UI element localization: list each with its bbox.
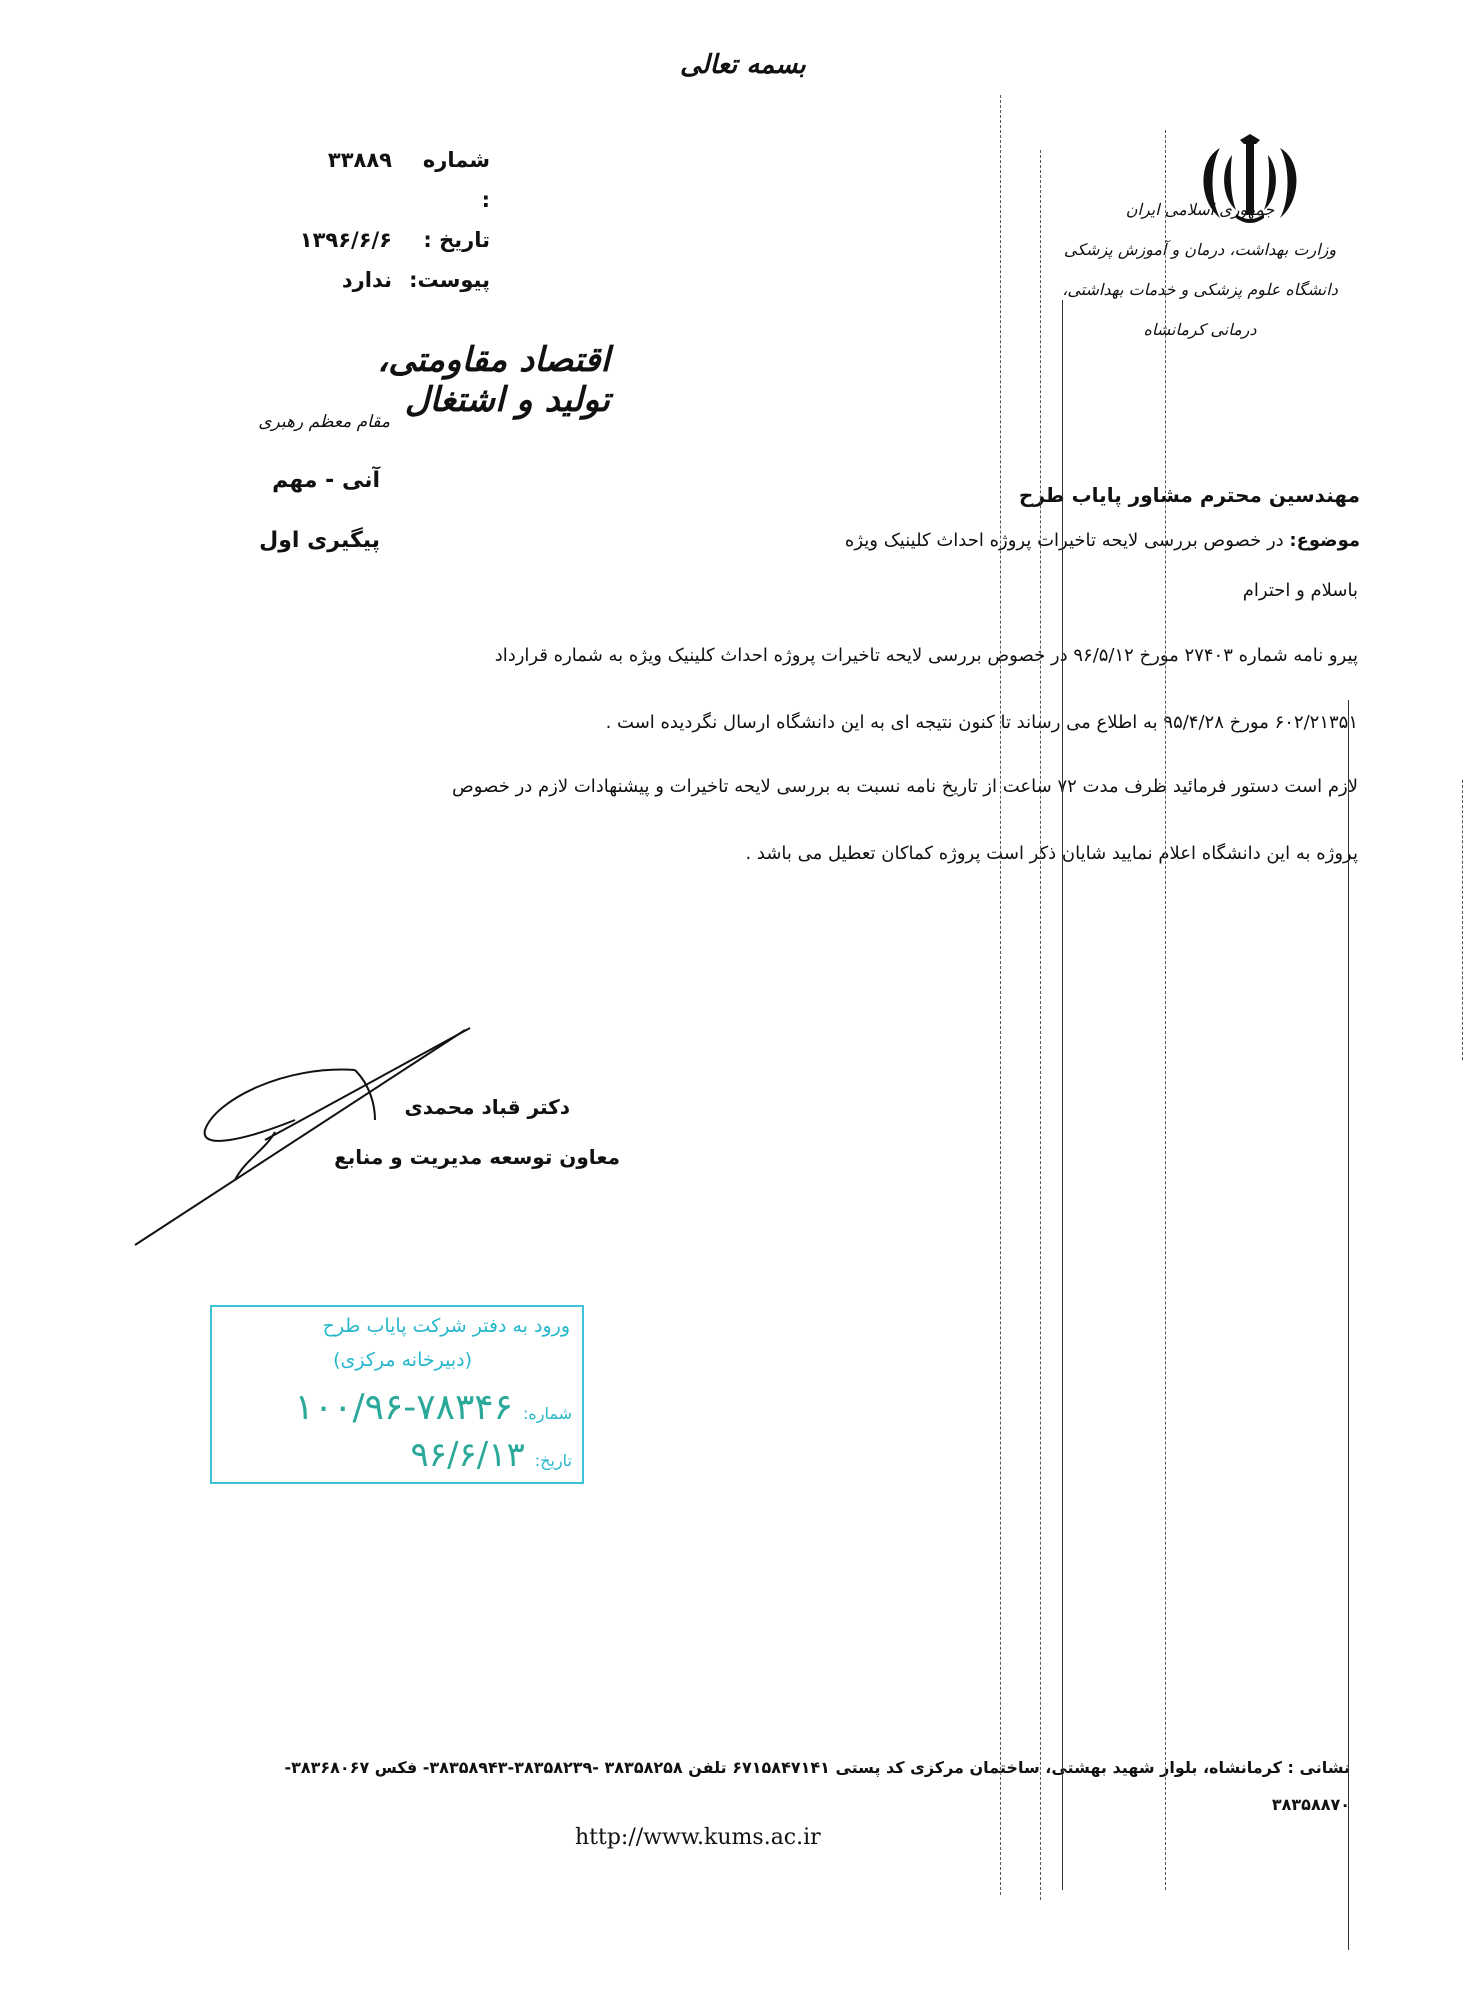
scan-artifact-line <box>1000 95 1001 1895</box>
stamp-number-row: شماره: ۱۰۰/۹۶-۷۸۳۴۶ <box>227 1387 572 1428</box>
scan-artifact-line <box>1062 300 1063 1890</box>
number-label: شماره : <box>410 140 490 220</box>
scan-artifact-line <box>1462 780 1463 1060</box>
header-calligraphy: بسمه تعالی <box>680 50 806 80</box>
number-value: ۳۳۸۸۹ <box>328 140 392 220</box>
stamp-date-label: تاریخ: <box>535 1451 572 1470</box>
slogan: اقتصاد مقاومتی، تولید و اشتغال <box>300 340 610 420</box>
scan-artifact-line <box>1348 700 1349 1950</box>
footer-address: نشانی : کرمانشاه، بلوار شهید بهشتی، ساخت… <box>170 1758 1350 1777</box>
signature-icon <box>125 1010 485 1250</box>
footer-url[interactable]: http://www.kums.ac.ir <box>575 1825 821 1850</box>
scan-artifact-line <box>1040 150 1041 1900</box>
slogan-source: مقام معظم رهبری <box>240 412 390 432</box>
letterhead-line-1: جمهوری اسلامی ایران <box>1050 190 1350 230</box>
body-paragraph-3: لازم است دستور فرمائید ظرف مدت ۷۲ ساعت ا… <box>100 776 1358 797</box>
attachment-value: ندارد <box>342 260 392 300</box>
stamp-date-row: تاریخ: ۹۶/۶/۱۳ <box>227 1435 572 1475</box>
body-paragraph-2: ۶۰۲/۲۱۳۵۱ مورخ ۹۵/۴/۲۸ به اطلاع می رساند… <box>100 712 1358 733</box>
letterhead-line-3: دانشگاه علوم پزشکی و خدمات بهداشتی، درما… <box>1050 270 1350 350</box>
scan-artifact-line <box>1165 130 1166 1890</box>
date-label: تاریخ : <box>410 220 490 260</box>
stamp-line-2: (دبیرخانه مرکزی) <box>333 1349 472 1371</box>
signatory-title: معاون توسعه مدیریت و منابع <box>330 1145 620 1169</box>
subject-text: در خصوص بررسی لایحه تاخیرات پروژه احداث … <box>845 530 1284 551</box>
priority-label: آنی - مهم <box>250 468 380 493</box>
followup-label: پیگیری اول <box>210 528 380 553</box>
attachment-label: پیوست: <box>410 260 490 300</box>
greeting: باسلام و احترام <box>900 580 1358 601</box>
footer-address-line-2: ۳۸۳۵۸۸۷۰ <box>1230 1795 1350 1814</box>
signatory-name: دکتر قباد محمدی <box>380 1095 570 1119</box>
subject-line: موضوع: در خصوص بررسی لایحه تاخیرات پروژه… <box>600 530 1360 551</box>
letterhead-line-2: وزارت بهداشت، درمان و آموزش پزشکی <box>1050 230 1350 270</box>
receipt-stamp: ورود به دفتر شرکت پایاب طرح (دبیرخانه مر… <box>210 1305 584 1484</box>
addressee: مهندسین محترم مشاور پایاب طرح <box>800 483 1360 507</box>
stamp-date-value: ۹۶/۶/۱۳ <box>411 1435 525 1475</box>
letterhead-text: جمهوری اسلامی ایران وزارت بهداشت، درمان … <box>1050 190 1350 350</box>
letter-meta: شماره : ۳۳۸۸۹ تاریخ : ۱۳۹۶/۶/۶ پیوست: ند… <box>260 140 490 300</box>
stamp-line-1: ورود به دفتر شرکت پایاب طرح <box>323 1315 570 1337</box>
stamp-number-value: ۱۰۰/۹۶-۷۸۳۴۶ <box>294 1387 512 1428</box>
body-paragraph-1: پیرو نامه شماره ۲۷۴۰۳ مورخ ۹۶/۵/۱۲ در خص… <box>100 645 1358 666</box>
body-paragraph-4: پروژه به این دانشگاه اعلام نمایید شایان … <box>100 843 1358 864</box>
stamp-number-label: شماره: <box>523 1404 572 1423</box>
date-value: ۱۳۹۶/۶/۶ <box>300 220 392 260</box>
subject-label: موضوع: <box>1289 530 1360 551</box>
